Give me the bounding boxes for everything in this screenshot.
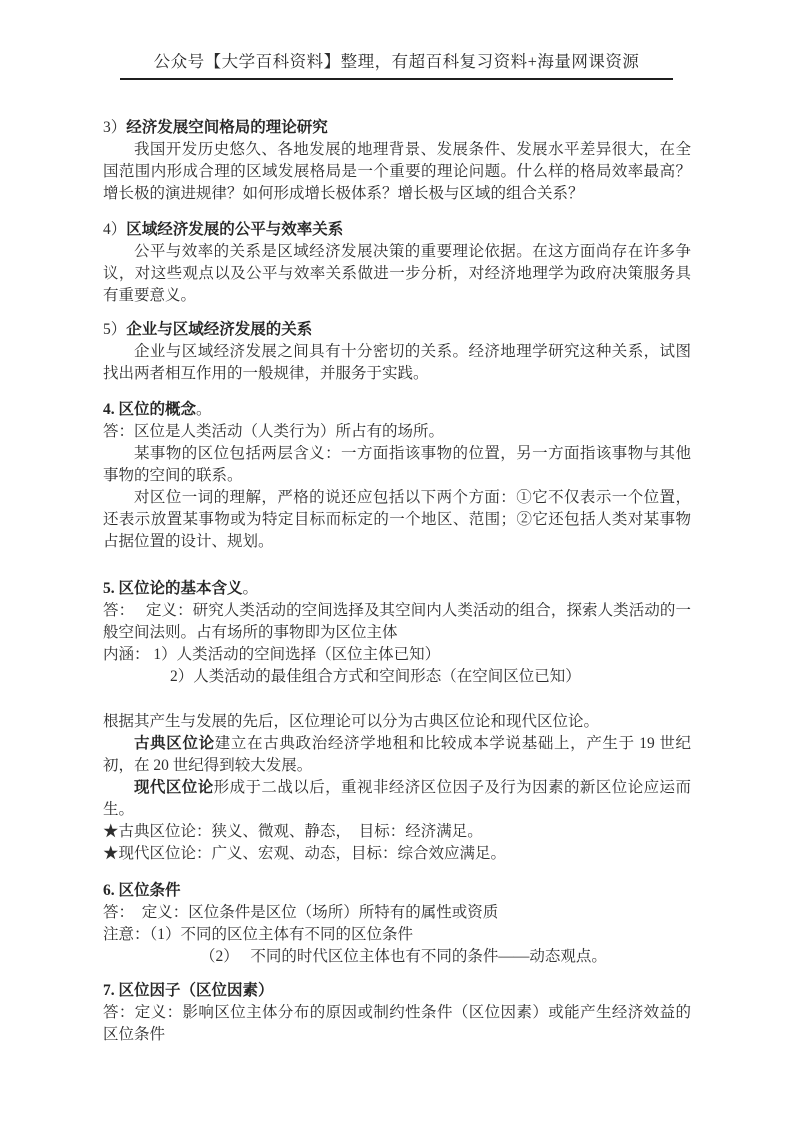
paragraph: 古典区位论建立在古典政治经济学地租和比较成本学说基础上，产生于 19 世纪初，在… <box>103 733 691 777</box>
text-run: 2）人类活动的最佳组合方式和空间形态（在空间区位已知） <box>170 668 581 685</box>
text-run: 。 <box>243 580 259 597</box>
heading: 5. 区位论的基本含义。 <box>103 578 691 600</box>
paragraph: 根据其产生与发展的先后，区位理论可以分为古典区位论和现代区位论。 <box>103 711 691 733</box>
paragraph: ★古典区位论：狭义、微观、静态， 目标：经济满足。 <box>103 821 691 843</box>
bold-text-run: 古典区位论 <box>134 735 215 752</box>
text-run: 答：定义：影响区位主体分布的原因或制约性条件（区位因素）或能产生经济效益的区位条… <box>103 1004 691 1043</box>
text-run: 公平与效率的关系是区域经济发展决策的重要理论依据。在这方面尚存在许多争议，对这些… <box>103 243 691 304</box>
heading: 4）区域经济发展的公平与效率关系 <box>103 219 691 241</box>
bold-text-run: 经济发展空间格局的理论研究 <box>126 119 328 136</box>
paragraph: 答： 定义：研究人类活动的空间选择及其空间内人类活动的组合，探索人类活动的一般空… <box>103 600 691 644</box>
paragraph: 内涵： 1）人类活动的空间选择（区位主体已知） <box>103 644 691 666</box>
paragraph: （2） 不同的时代区位主体也有不同的条件——动态观点。 <box>200 946 691 968</box>
paragraph: 答：定义：影响区位主体分布的原因或制约性条件（区位因素）或能产生经济效益的区位条… <box>103 1002 691 1046</box>
heading: 5）企业与区域经济发展的关系 <box>103 319 691 341</box>
text-run: 根据其产生与发展的先后，区位理论可以分为古典区位论和现代区位论。 <box>103 713 599 730</box>
document-body: 3）经济发展空间格局的理论研究我国开发历史悠久、各地发展的地理背景、发展条件、发… <box>103 117 691 1046</box>
text-run: 对区位一词的理解，严格的说还应包括以下两个方面：①它不仅表示一个位置，还表示放置… <box>103 489 691 550</box>
document-page: 公众号【大学百科资料】整理，有超百科复习资料+海量网课资源 3）经济发展空间格局… <box>0 0 793 1122</box>
heading: 7. 区位因子（区位因素） <box>103 980 691 1002</box>
paragraph: 答： 定义：区位条件是区位（场所）所特有的属性或资质 <box>103 902 691 924</box>
bold-text-run: 5. 区位论的基本含义 <box>103 580 243 597</box>
text-run: ★现代区位论：广义、宏观、动态，目标：综合效应满足。 <box>103 845 506 862</box>
text-run: 某事物的区位包括两层含义：一方面指该事物的位置，另一方面指该事物与其他事物的空间… <box>103 445 691 484</box>
bold-text-run: 7. 区位因子（区位因素） <box>103 982 274 999</box>
paragraph: 企业与区域经济发展之间具有十分密切的关系。经济地理学研究这种关系，试图找出两者相… <box>103 341 691 385</box>
text-run: ★古典区位论：狭义、微观、静态， 目标：经济满足。 <box>103 823 483 840</box>
text-run: 我国开发历史悠久、各地发展的地理背景、发展条件、发展水平差异很大，在全国范围内形… <box>103 141 691 202</box>
header-title: 公众号【大学百科资料】整理，有超百科复习资料+海量网课资源 <box>154 52 640 71</box>
paragraph: 某事物的区位包括两层含义：一方面指该事物的位置，另一方面指该事物与其他事物的空间… <box>103 443 691 487</box>
heading: 6. 区位条件 <box>103 880 691 902</box>
text-run: 答： 定义：研究人类活动的空间选择及其空间内人类活动的组合，探索人类活动的一般空… <box>103 602 691 641</box>
bold-text-run: 6. 区位条件 <box>103 882 181 899</box>
heading: 3）经济发展空间格局的理论研究 <box>103 117 691 139</box>
text-run: 答： 定义：区位条件是区位（场所）所特有的属性或资质 <box>103 904 498 921</box>
text-run: （2） 不同的时代区位主体也有不同的条件——动态观点。 <box>200 948 607 965</box>
bold-text-run: 区域经济发展的公平与效率关系 <box>126 221 343 238</box>
heading: 4. 区位的概念。 <box>103 399 691 421</box>
text-run: 企业与区域经济发展之间具有十分密切的关系。经济地理学研究这种关系，试图找出两者相… <box>103 343 691 382</box>
text-run: 注意：（1）不同的区位主体有不同的区位条件 <box>103 926 413 943</box>
paragraph: 现代区位论形成于二战以后，重视非经济区位因子及行为因素的新区位论应运而生。 <box>103 777 691 821</box>
paragraph: 2）人类活动的最佳组合方式和空间形态（在空间区位已知） <box>170 666 691 688</box>
paragraph: 公平与效率的关系是区域经济发展决策的重要理论依据。在这方面尚存在许多争议，对这些… <box>103 241 691 307</box>
paragraph: 答：区位是人类活动（人类行为）所占有的场所。 <box>103 421 691 443</box>
text-run: 答：区位是人类活动（人类行为）所占有的场所。 <box>103 423 444 440</box>
text-run: 。 <box>196 401 212 418</box>
paragraph: 注意：（1）不同的区位主体有不同的区位条件 <box>103 924 691 946</box>
text-run: 内涵： 1）人类活动的空间选择（区位主体已知） <box>103 646 440 663</box>
paragraph: 对区位一词的理解，严格的说还应包括以下两个方面：①它不仅表示一个位置，还表示放置… <box>103 487 691 553</box>
bold-text-run: 现代区位论 <box>134 779 214 796</box>
bold-text-run: 企业与区域经济发展的关系 <box>126 321 312 338</box>
text-run: 4） <box>103 221 126 238</box>
bold-text-run: 4. 区位的概念 <box>103 401 196 418</box>
page-header: 公众号【大学百科资料】整理，有超百科复习资料+海量网课资源 <box>120 50 673 80</box>
text-run: 3） <box>103 119 126 136</box>
paragraph: 我国开发历史悠久、各地发展的地理背景、发展条件、发展水平差异很大，在全国范围内形… <box>103 139 691 205</box>
text-run: 5） <box>103 321 126 338</box>
paragraph: ★现代区位论：广义、宏观、动态，目标：综合效应满足。 <box>103 843 691 865</box>
